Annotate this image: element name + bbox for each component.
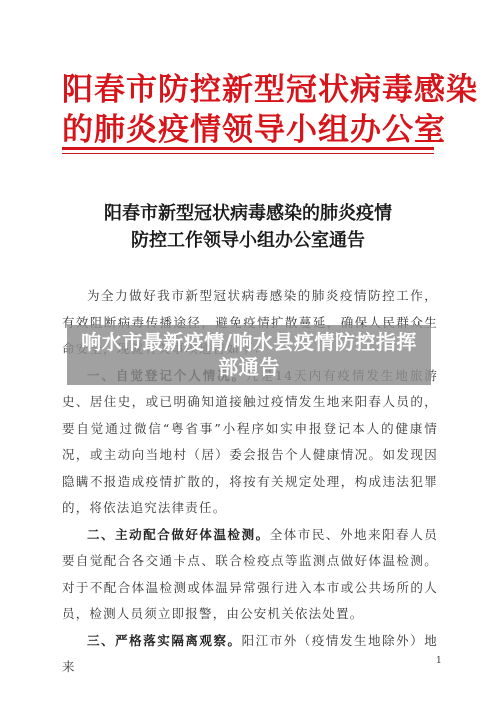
paragraph-text: 凡是14天内有疫情发生地旅游史、居住史，或已明确知道接触过疫情发生地来阳春人员的… xyxy=(62,368,438,516)
notice-title-line-2: 防控工作领导小组办公室通告 xyxy=(62,227,434,254)
article-title-banner: 响水市最新疫情/响水县疫情防控指挥部通告 xyxy=(67,325,431,385)
page-number: 1 xyxy=(436,656,442,666)
paragraph-item-1: 一、自觉登记个人情况。凡是14天内有疫情发生地旅游史、居住史，或已明确知道接触过… xyxy=(62,363,438,522)
paragraph-lead: 三、严格落实隔离观察。 xyxy=(87,633,242,648)
issuer-header: 阳春市防控新型冠状病毒感染 的肺炎疫情领导小组办公室 xyxy=(62,70,434,150)
header-divider-thin xyxy=(62,153,434,154)
paragraph-lead: 二、主动配合做好体温检测。 xyxy=(87,527,270,542)
notice-title: 阳春市新型冠状病毒感染的肺炎疫情 防控工作领导小组办公室通告 xyxy=(62,200,434,254)
header-divider-thick xyxy=(62,147,434,150)
article-title: 响水市最新疫情/响水县疫情防控指挥部通告 xyxy=(67,330,431,380)
paragraph-item-2: 二、主动配合做好体温检测。全体市民、外地来阳春人员要自觉配合各交通卡点、联合检疫… xyxy=(62,522,438,628)
notice-title-line-1: 阳春市新型冠状病毒感染的肺炎疫情 xyxy=(62,200,434,227)
issuer-header-line-2: 的肺炎疫情领导小组办公室 xyxy=(62,110,434,150)
issuer-header-line-1: 阳春市防控新型冠状病毒感染 xyxy=(62,70,434,110)
paragraph-item-3: 三、严格落实隔离观察。阳江市外（疫情发生地除外）地来 xyxy=(62,628,438,681)
document-page: 阳春市防控新型冠状病毒感染 的肺炎疫情领导小组办公室 阳春市新型冠状病毒感染的肺… xyxy=(0,0,500,707)
